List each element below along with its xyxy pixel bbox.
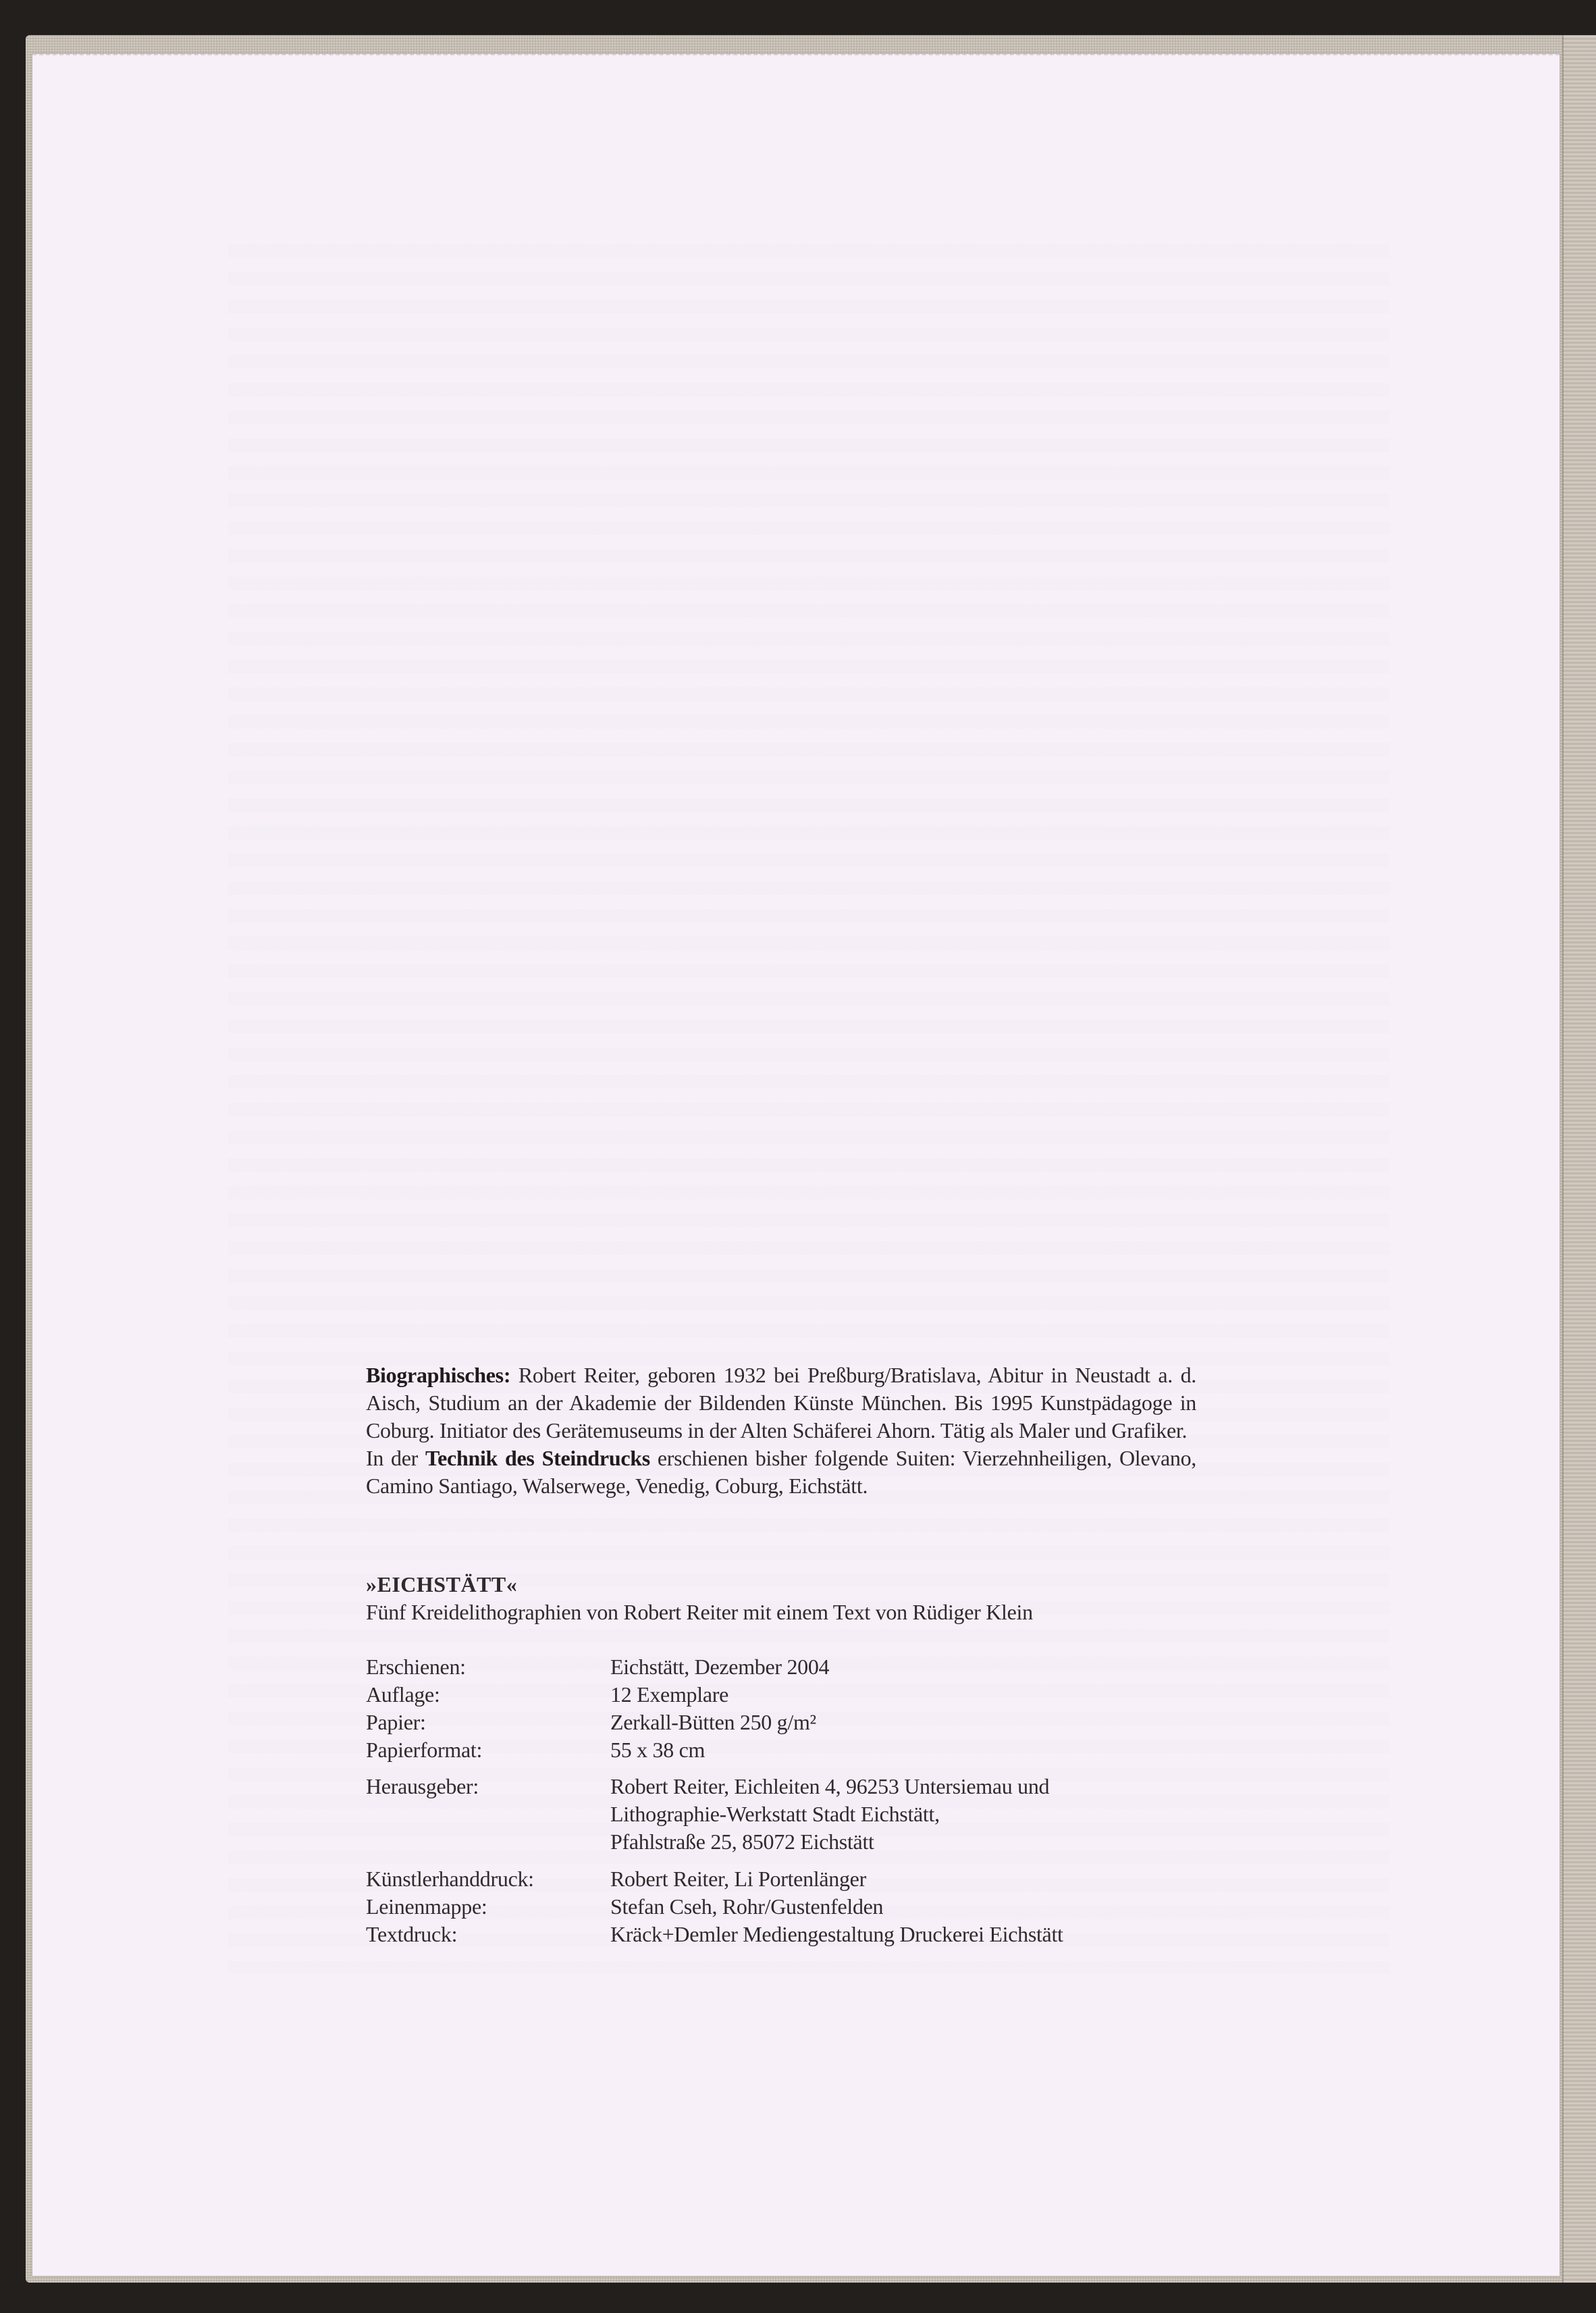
detail-value: Stefan Cseh, Rohr/Gustenfelden: [610, 1893, 1196, 1921]
detail-label: Papier:: [366, 1709, 610, 1736]
publisher-line: Lithographie-Werkstatt Stadt Eichstätt,: [610, 1800, 1196, 1828]
biography-heading: Biographisches:: [366, 1363, 510, 1387]
lithography-paragraph: In der Technik des Steindrucks erschiene…: [366, 1445, 1196, 1500]
detail-row-linen-folder: Leinenmappe: Stefan Cseh, Rohr/Gustenfel…: [366, 1893, 1196, 1921]
colophon-text: Biographisches: Robert Reiter, geboren 1…: [366, 1361, 1196, 1948]
detail-row-published: Erschienen: Eichstätt, Dezember 2004: [366, 1653, 1196, 1681]
spacer: [366, 1764, 1196, 1773]
biography-section: Biographisches: Robert Reiter, geboren 1…: [366, 1361, 1196, 1500]
detail-row-hand-print: Künstlerhanddruck: Robert Reiter, Li Por…: [366, 1865, 1196, 1893]
detail-label: Leinenmappe:: [366, 1893, 610, 1921]
biography-paragraph: Biographisches: Robert Reiter, geboren 1…: [366, 1361, 1196, 1445]
work-title-block: »EICHSTÄTT« Fünf Kreidelithographien von…: [366, 1571, 1196, 1626]
detail-value: Robert Reiter, Li Portenlänger: [610, 1865, 1196, 1893]
detail-value: 12 Exemplare: [610, 1681, 1196, 1709]
detail-value: Zerkall-Bütten 250 g/m²: [610, 1709, 1196, 1736]
detail-row-edition: Auflage: 12 Exemplare: [366, 1681, 1196, 1709]
detail-label: Textdruck:: [366, 1921, 610, 1948]
work-title: »EICHSTÄTT«: [366, 1571, 1196, 1599]
detail-label: Herausgeber:: [366, 1773, 610, 1856]
publisher-line: Robert Reiter, Eichleiten 4, 96253 Unter…: [610, 1773, 1196, 1800]
detail-row-publisher: Herausgeber: Robert Reiter, Eichleiten 4…: [366, 1773, 1196, 1856]
spacer: [366, 1856, 1196, 1865]
work-subtitle: Fünf Kreidelithographien von Robert Reit…: [366, 1599, 1196, 1626]
publication-details: Erschienen: Eichstätt, Dezember 2004 Auf…: [366, 1653, 1196, 1948]
lithography-technique: Technik des Steindrucks: [425, 1446, 650, 1470]
lithography-text-pre: In der: [366, 1446, 425, 1470]
detail-label: Auflage:: [366, 1681, 610, 1709]
detail-label: Papierformat:: [366, 1736, 610, 1764]
detail-value: Kräck+Demler Mediengestaltung Druckerei …: [610, 1921, 1196, 1948]
detail-row-paper-format: Papierformat: 55 x 38 cm: [366, 1736, 1196, 1764]
portfolio-spine-edge: [1562, 35, 1596, 2283]
detail-label: Künstlerhanddruck:: [366, 1865, 610, 1893]
detail-row-paper: Papier: Zerkall-Bütten 250 g/m²: [366, 1709, 1196, 1736]
detail-value: Robert Reiter, Eichleiten 4, 96253 Unter…: [610, 1773, 1196, 1856]
detail-row-text-print: Textdruck: Kräck+Demler Mediengestaltung…: [366, 1921, 1196, 1948]
detail-value: Eichstätt, Dezember 2004: [610, 1653, 1196, 1681]
detail-label: Erschienen:: [366, 1653, 610, 1681]
detail-value: 55 x 38 cm: [610, 1736, 1196, 1764]
publisher-line: Pfahlstraße 25, 85072 Eichstätt: [610, 1828, 1196, 1856]
